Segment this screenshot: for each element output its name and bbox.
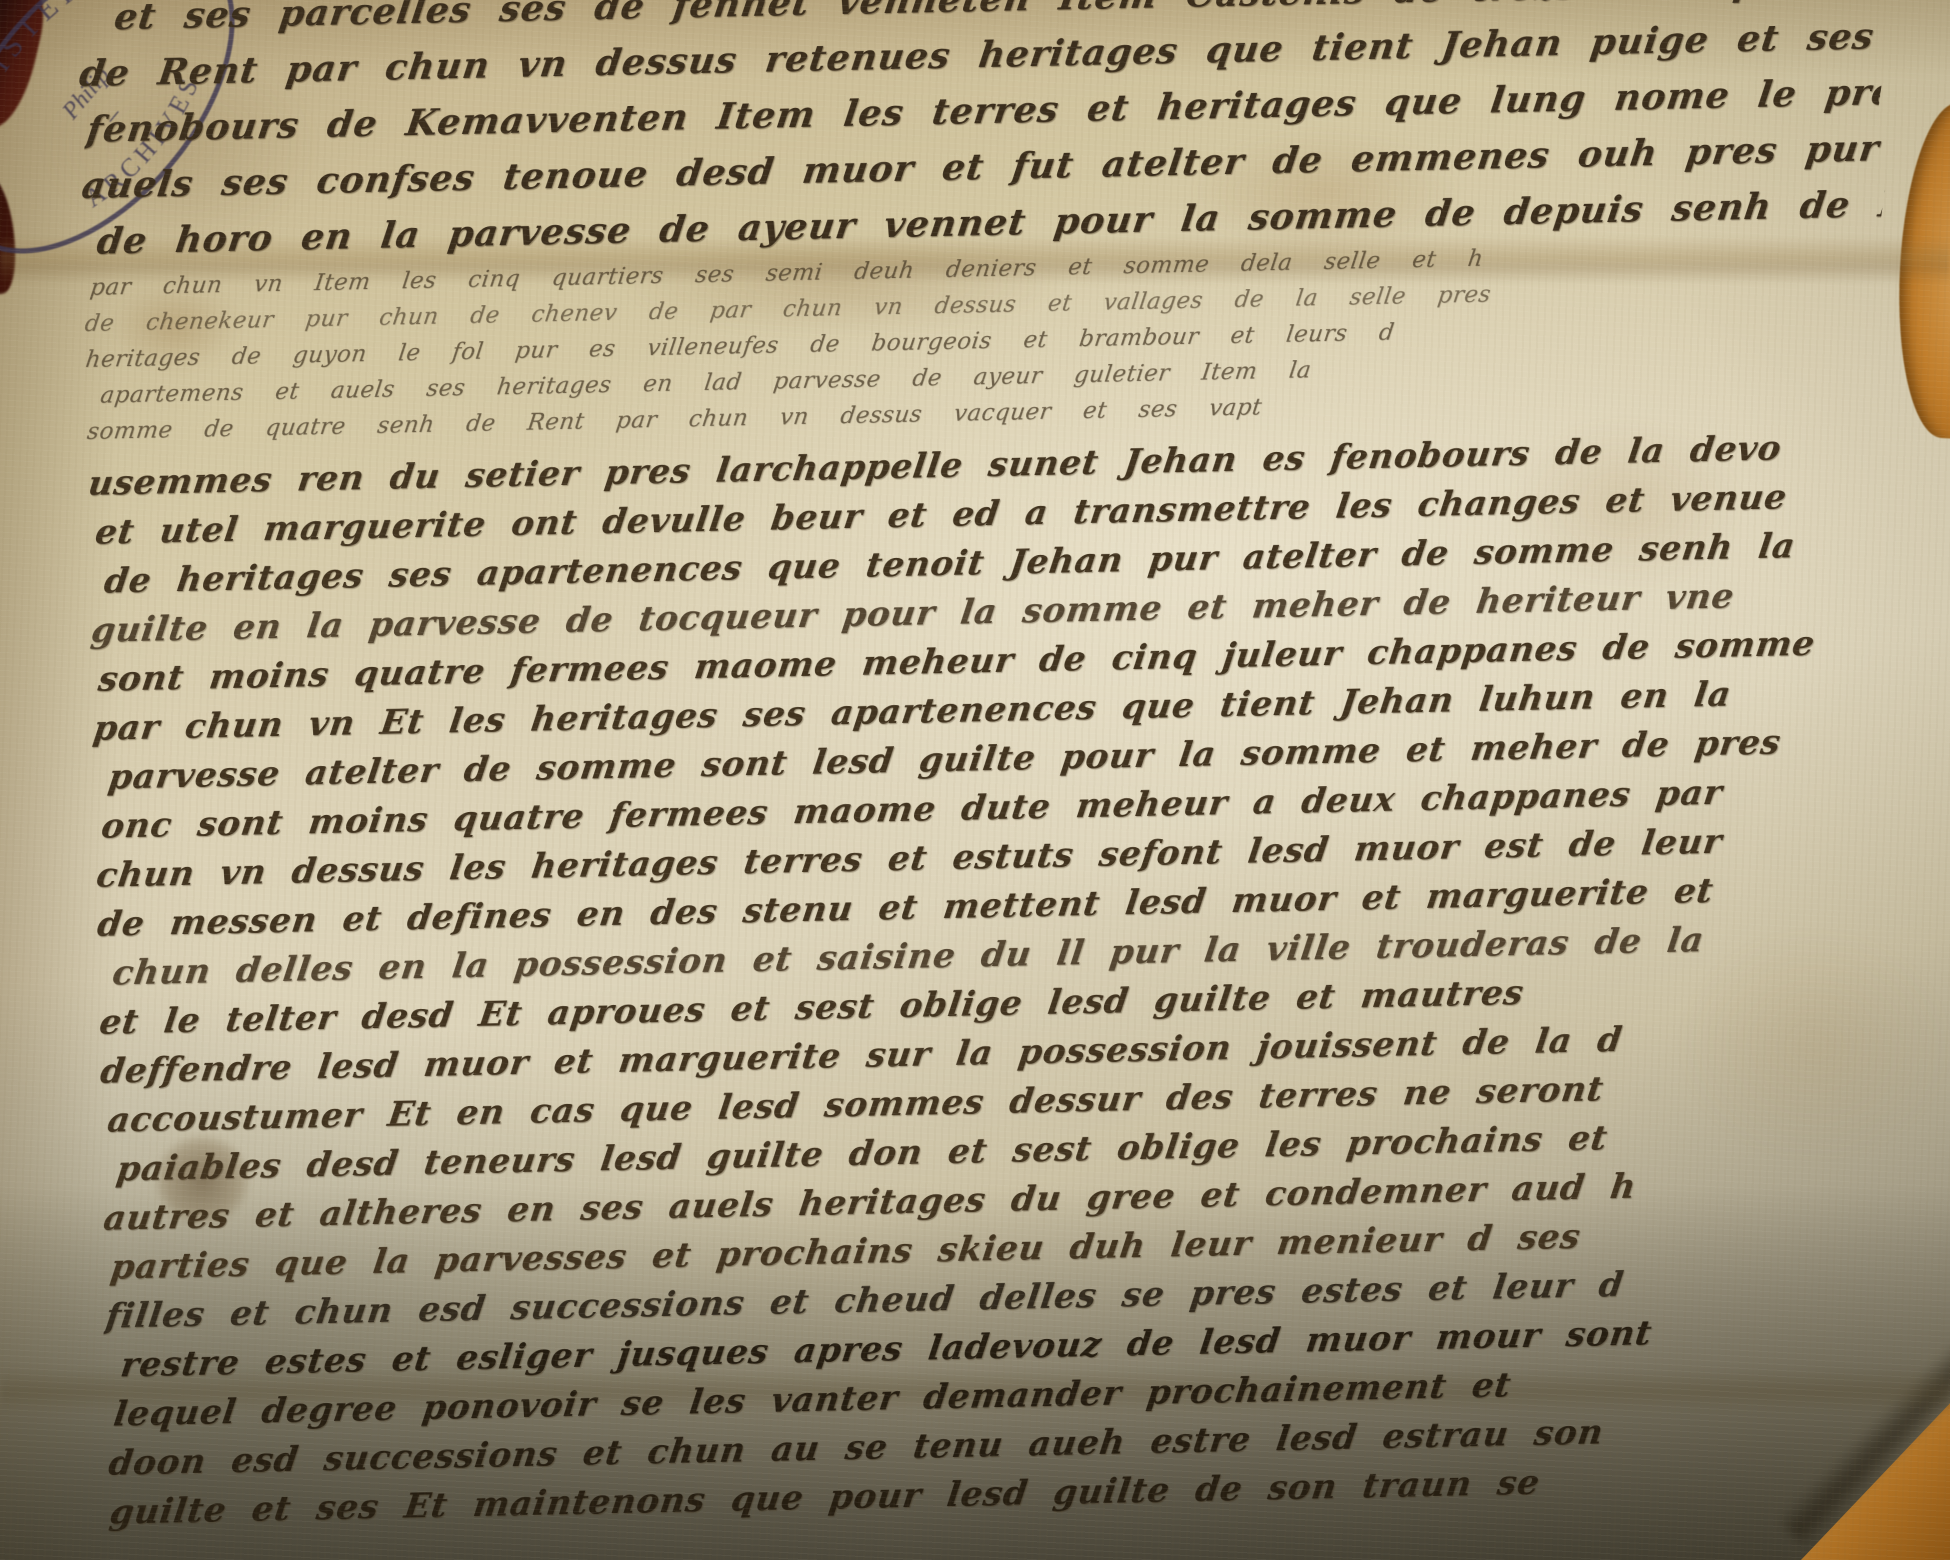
manuscript-lines: et ses parcelles ses de fennet venneten … xyxy=(78,0,1910,1538)
table-wood-corner-top-left xyxy=(0,0,52,134)
table-wood-sliver-left xyxy=(0,174,22,296)
manuscript-photo: FINISTÈRE ARCHIVES Philip – et ses parce… xyxy=(0,0,1950,1560)
table-wood-edge-right xyxy=(1891,100,1950,440)
